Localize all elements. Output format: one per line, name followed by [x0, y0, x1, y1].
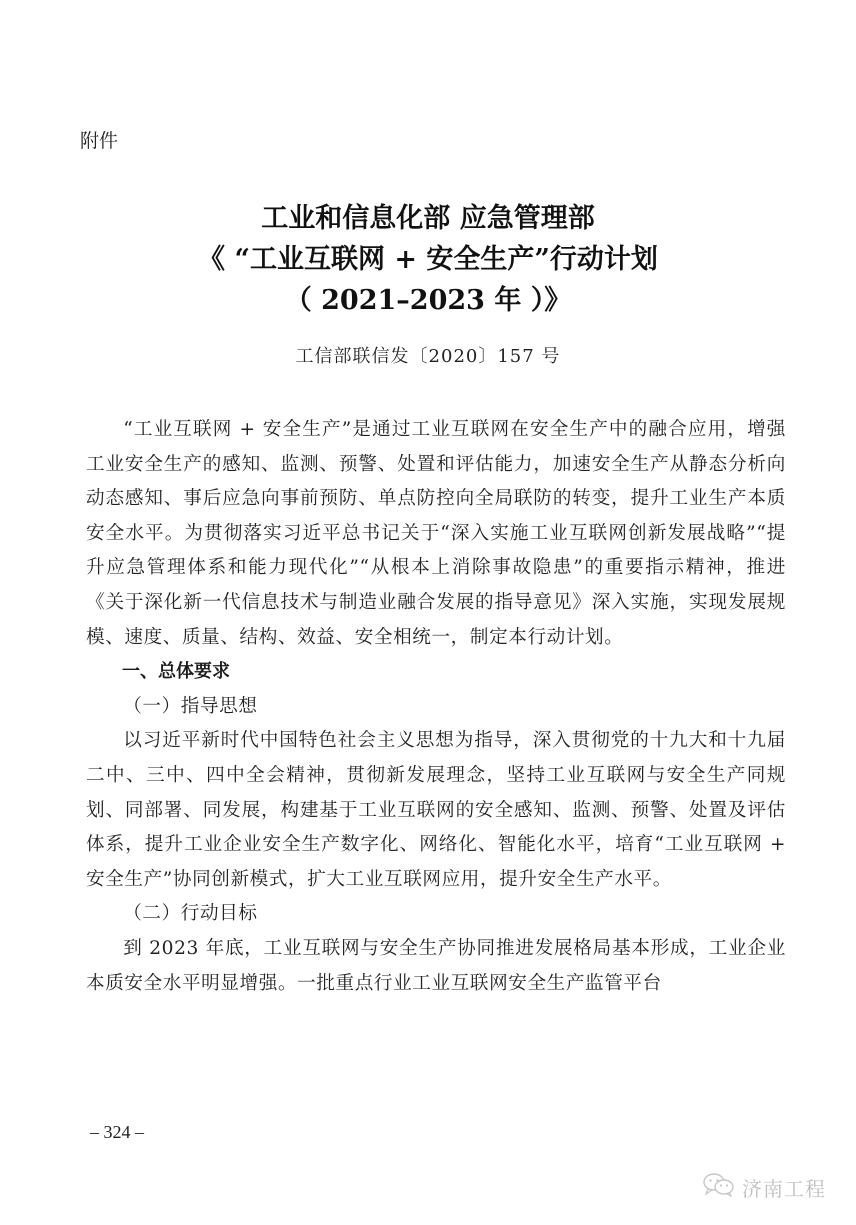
- document-number: 工信部联信发〔2020〕157 号: [0, 342, 856, 368]
- document-title: 工业和信息化部 应急管理部 《 “工业互联网 + 安全生产”行动计划 （ 202…: [0, 198, 856, 321]
- wechat-watermark: 济南工程: [702, 1172, 826, 1202]
- title-line-issuers: 工业和信息化部 应急管理部: [0, 198, 856, 239]
- page-number: – 324 –: [90, 1122, 144, 1143]
- document-body: “工业互联网 + 安全生产”是通过工业互联网在安全生产中的融合应用，增强工业安全…: [86, 413, 786, 1001]
- action-goals-paragraph: 到 2023 年底，工业互联网与安全生产协同推进发展格局基本形成，工业企业本质安…: [86, 932, 786, 1001]
- title-line-plan-name: 《 “工业互联网 + 安全生产”行动计划: [0, 239, 856, 280]
- intro-paragraph: “工业互联网 + 安全生产”是通过工业互联网在安全生产中的融合应用，增强工业安全…: [86, 413, 786, 655]
- attachment-label: 附件: [80, 126, 118, 153]
- guiding-ideology-paragraph: 以习近平新时代中国特色社会主义思想为指导，深入贯彻党的十九大和十九届二中、三中、…: [86, 724, 786, 897]
- title-line-period: （ 2021–2023 年 ）》: [0, 280, 856, 321]
- watermark-text: 济南工程: [742, 1173, 826, 1202]
- section-heading-general-requirements: 一、总体要求: [86, 655, 786, 690]
- subsection-heading-action-goals: （二）行动目标: [86, 897, 786, 932]
- subsection-heading-guiding-ideology: （一）指导思想: [86, 690, 786, 725]
- wechat-icon: [702, 1172, 736, 1202]
